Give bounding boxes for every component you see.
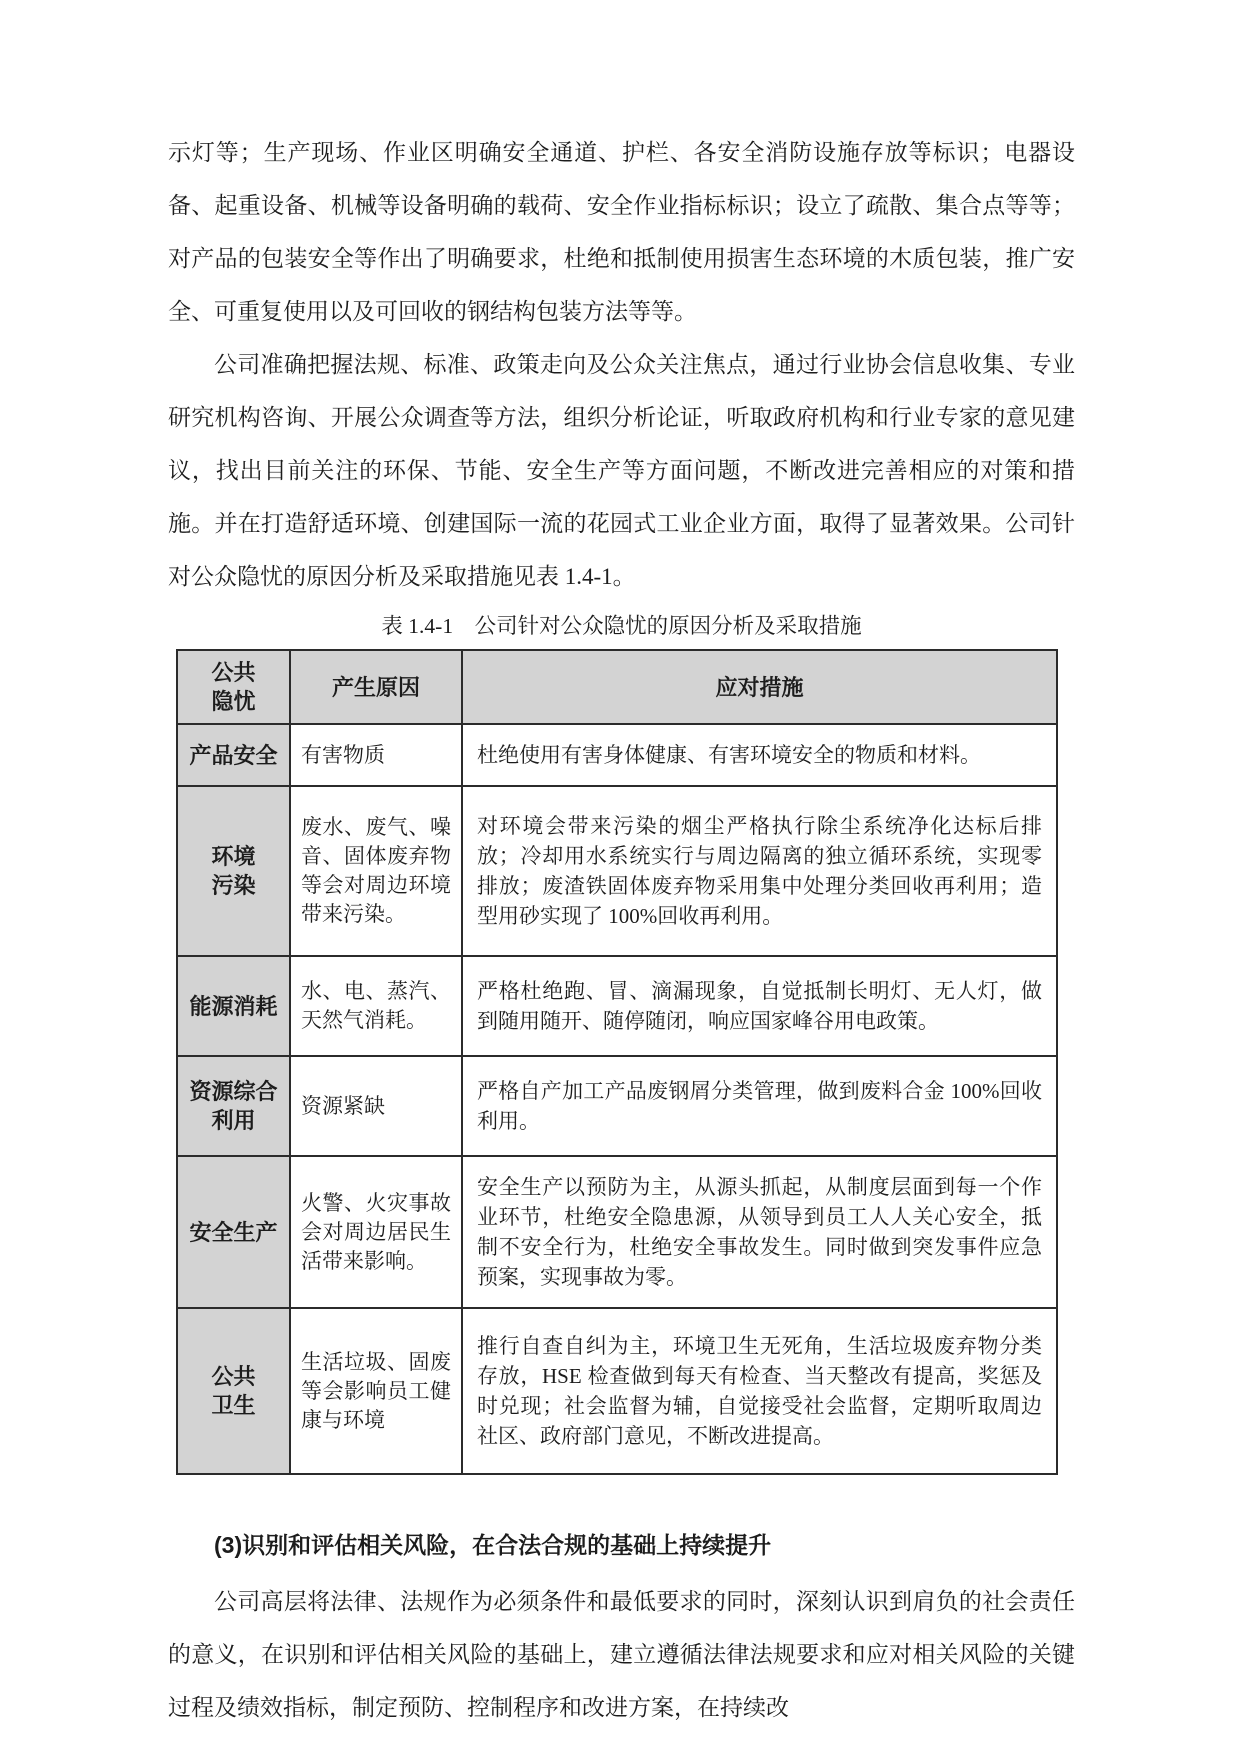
paragraph-risk-assessment: 公司高层将法律、法规作为必须条件和最低要求的同时，深刻认识到肩负的社会责任的意义…: [168, 1575, 1075, 1734]
table-row-public-health: 公共 卫生 生活垃圾、固废等会影响员工健康与环境 推行自查自纠为主，环境卫生无死…: [177, 1308, 1057, 1474]
header-cause: 产生原因: [290, 650, 462, 724]
paragraph-regulation-tracking: 公司准确把握法规、标准、政策走向及公众关注焦点，通过行业协会信息收集、专业研究机…: [168, 338, 1075, 603]
cell-cause: 生活垃圾、固废等会影响员工健康与环境: [290, 1308, 462, 1474]
cell-measure: 严格杜绝跑、冒、滴漏现象，自觉抵制长明灯、无人灯，做到随用随开、随停随闭，响应国…: [462, 956, 1057, 1056]
document-page: 示灯等；生产现场、作业区明确安全通道、护栏、各安全消防设施存放等标识；电器设备、…: [0, 0, 1241, 1754]
table-row-product-safety: 产品安全 有害物质 杜绝使用有害身体健康、有害环境安全的物质和材料。: [177, 724, 1057, 786]
cell-concern: 公共 卫生: [177, 1308, 290, 1474]
paragraph-packaging-safety: 示灯等；生产现场、作业区明确安全通道、护栏、各安全消防设施存放等标识；电器设备、…: [168, 126, 1075, 338]
public-concerns-table: 公共 隐忧 产生原因 应对措施 产品安全 有害物质 杜绝使用有害身体健康、有害环…: [176, 649, 1058, 1475]
section-heading-risk-identification: (3)识别和评估相关风险，在合法合规的基础上持续提升: [168, 1525, 1075, 1565]
cell-concern: 产品安全: [177, 724, 290, 786]
cell-cause: 资源紧缺: [290, 1056, 462, 1156]
table-caption: 表 1.4-1 公司针对公众隐忧的原因分析及采取措施: [168, 605, 1075, 647]
cell-measure: 推行自查自纠为主，环境卫生无死角，生活垃圾废弃物分类存放，HSE 检查做到每天有…: [462, 1308, 1057, 1474]
cell-concern: 环境 污染: [177, 786, 290, 956]
table-header-row: 公共 隐忧 产生原因 应对措施: [177, 650, 1057, 724]
cell-cause: 有害物质: [290, 724, 462, 786]
cell-concern: 能源消耗: [177, 956, 290, 1056]
header-public-concern: 公共 隐忧: [177, 650, 290, 724]
cell-concern: 安全生产: [177, 1156, 290, 1308]
cell-concern: 资源综合 利用: [177, 1056, 290, 1156]
cell-measure: 安全生产以预防为主，从源头抓起，从制度层面到每一个作业环节，杜绝安全隐患源，从领…: [462, 1156, 1057, 1308]
cell-cause: 水、电、蒸汽、天然气消耗。: [290, 956, 462, 1056]
cell-cause: 火警、火灾事故会对周边居民生活带来影响。: [290, 1156, 462, 1308]
cell-measure: 对环境会带来污染的烟尘严格执行除尘系统净化达标后排放；冷却用水系统实行与周边隔离…: [462, 786, 1057, 956]
cell-cause: 废水、废气、噪音、固体废弃物等会对周边环境带来污染。: [290, 786, 462, 956]
cell-measure: 严格自产加工产品废钢屑分类管理，做到废料合金 100%回收利用。: [462, 1056, 1057, 1156]
cell-measure: 杜绝使用有害身体健康、有害环境安全的物质和材料。: [462, 724, 1057, 786]
table-row-energy-consumption: 能源消耗 水、电、蒸汽、天然气消耗。 严格杜绝跑、冒、滴漏现象，自觉抵制长明灯、…: [177, 956, 1057, 1056]
header-measures: 应对措施: [462, 650, 1057, 724]
table-row-environment-pollution: 环境 污染 废水、废气、噪音、固体废弃物等会对周边环境带来污染。 对环境会带来污…: [177, 786, 1057, 956]
table-row-production-safety: 安全生产 火警、火灾事故会对周边居民生活带来影响。 安全生产以预防为主，从源头抓…: [177, 1156, 1057, 1308]
table-row-resource-utilization: 资源综合 利用 资源紧缺 严格自产加工产品废钢屑分类管理，做到废料合金 100%…: [177, 1056, 1057, 1156]
